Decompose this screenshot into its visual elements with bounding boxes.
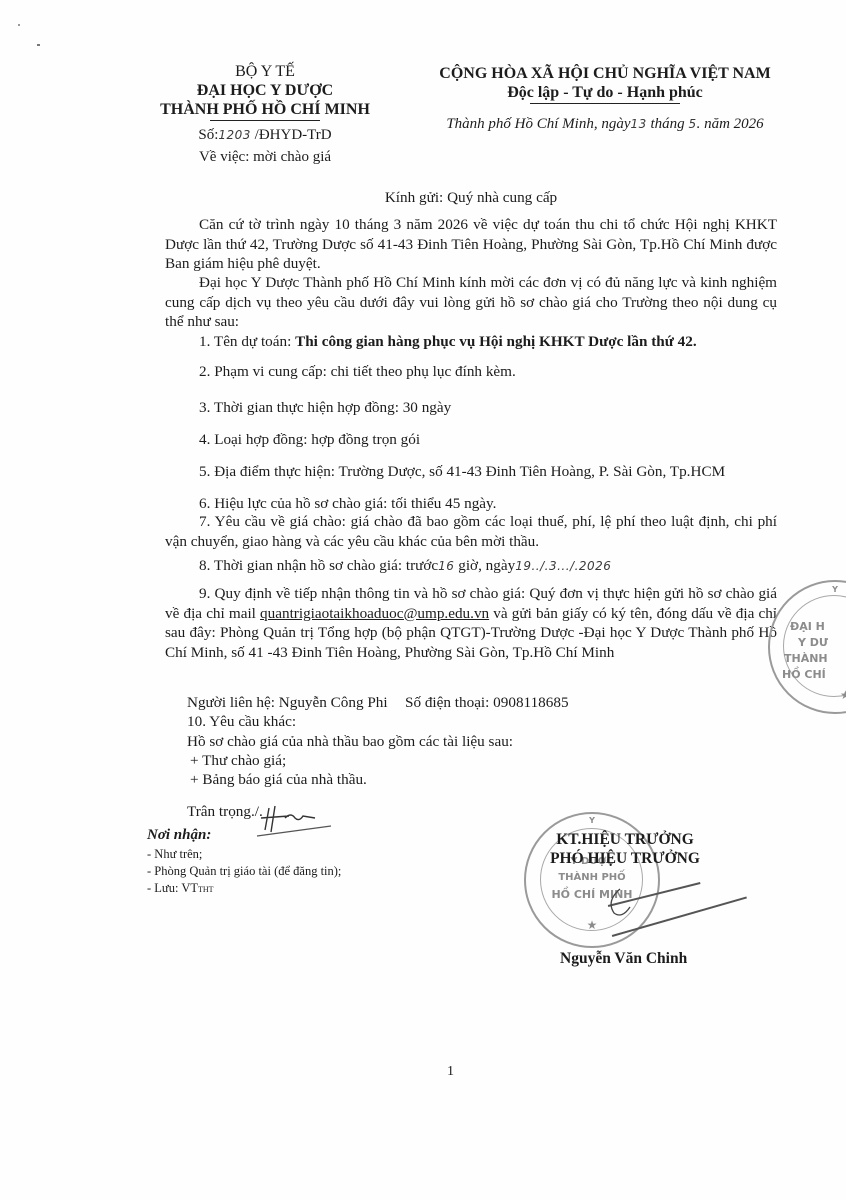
invitation-paragraph: Đại học Y Dược Thành phố Hồ Chí Minh kín… <box>165 273 777 332</box>
contact-person: Người liên hệ: Nguyễn Công Phi <box>187 693 388 713</box>
required-doc-1: + Thư chào giá; <box>190 751 286 771</box>
required-doc-2: + Bảng báo giá của nhà thầu. <box>190 770 367 790</box>
salutation: Kính gửi: Quý nhà cung cấp <box>165 188 777 208</box>
date-month-handwritten: 5 <box>688 117 696 131</box>
recipients-list: - Như trên; - Phòng Quản trị giáo tài (đ… <box>147 846 341 898</box>
document-page: BỘ Y TẾ ĐẠI HỌC Y DƯỢC THÀNH PHỐ HỒ CHÍ … <box>0 0 846 1200</box>
item-2-scope: 2. Phạm vi cung cấp: chi tiết theo phụ l… <box>199 362 516 382</box>
recipient-item: - Như trên; <box>147 846 341 863</box>
contact-phone: Số điện thoại: 0908118685 <box>405 693 569 713</box>
document-number-handwritten: 1203 <box>218 128 251 142</box>
scan-speck <box>37 44 40 46</box>
recipients-title: Nơi nhận: <box>147 827 211 844</box>
item-6-validity: 6. Hiệu lực của hồ sơ chào giá: tối thiể… <box>199 494 496 514</box>
motto-underline <box>530 103 680 104</box>
signatory-on-behalf: KT.HIỆU TRƯỞNG <box>520 830 730 849</box>
item-5-location: 5. Địa điểm thực hiện: Trường Dược, số 4… <box>199 462 725 482</box>
ministry-name: BỘ Y TẾ <box>150 62 380 81</box>
document-date: Thành phố Hồ Chí Minh, ngày13 tháng 5. n… <box>420 114 790 134</box>
page-number: 1 <box>447 1064 454 1080</box>
recipient-item: - Phòng Quản trị giáo tài (để đăng tin); <box>147 863 341 880</box>
item-10-other-requirements: 10. Yêu cầu khác: <box>187 712 296 732</box>
deadline-hour-handwritten: 16 <box>438 559 454 573</box>
date-day-handwritten: 13 <box>630 117 646 131</box>
item-8-submission-deadline: 8. Thời gian nhận hồ sơ chào giá: trước1… <box>199 556 611 577</box>
document-number: Số:1203 /ĐHYD-TrD <box>150 124 380 146</box>
signatory-name: Nguyễn Văn Chinh <box>560 950 687 968</box>
initial-signature-icon <box>255 804 335 838</box>
nation-name: CỘNG HÒA XÃ HỘI CHỦ NGHĨA VIỆT NAM <box>420 64 790 83</box>
closing-regards: Trân trọng./. <box>187 802 263 822</box>
item-4-contract-type: 4. Loại hợp đồng: hợp đồng trọn gói <box>199 430 420 450</box>
seal-star-icon: ★ <box>840 688 846 702</box>
item-9-submission-rules: 9. Quy định về tiếp nhận thông tin và hồ… <box>165 584 777 662</box>
issuer-underline <box>210 120 320 121</box>
contact-email-link[interactable]: quantrigiaotaikhoaduoc@ump.edu.vn <box>260 605 489 622</box>
university-name-line2: THÀNH PHỐ HỒ CHÍ MINH <box>150 100 380 119</box>
issuer-block: BỘ Y TẾ ĐẠI HỌC Y DƯỢC THÀNH PHỐ HỒ CHÍ … <box>150 62 380 168</box>
deadline-date-handwritten: 19../.3.../.2026 <box>515 559 611 573</box>
signature-icon <box>600 885 640 925</box>
item-1-estimate-name: 1. Tên dự toán: Thi công gian hàng phục … <box>199 332 697 352</box>
signatory-position: PHÓ HIỆU TRƯỞNG <box>520 849 730 868</box>
document-subject: Về việc: mời chào giá <box>150 146 380 168</box>
scan-speck <box>18 24 20 26</box>
item-3-duration: 3. Thời gian thực hiện hợp đồng: 30 ngày <box>199 398 451 418</box>
page-edge-seal: Y ĐẠI H Y DƯ THÀNH HỒ CHÍ ★ <box>768 580 846 714</box>
recipient-item: - Lưu: VTTHT <box>147 880 341 898</box>
basis-paragraph: Căn cứ tờ trình ngày 10 tháng 3 năm 2026… <box>165 215 777 274</box>
university-name-line1: ĐẠI HỌC Y DƯỢC <box>150 81 380 100</box>
national-motto: Độc lập - Tự do - Hạnh phúc <box>420 83 790 102</box>
national-header: CỘNG HÒA XÃ HỘI CHỦ NGHĨA VIỆT NAM Độc l… <box>420 64 790 134</box>
signatory-title: KT.HIỆU TRƯỞNG PHÓ HIỆU TRƯỞNG <box>520 830 730 868</box>
item-7-price-requirements: 7. Yêu cầu về giá chào: giá chào đã bao … <box>165 512 777 551</box>
item-10-description: Hồ sơ chào giá của nhà thầu bao gồm các … <box>187 732 513 752</box>
